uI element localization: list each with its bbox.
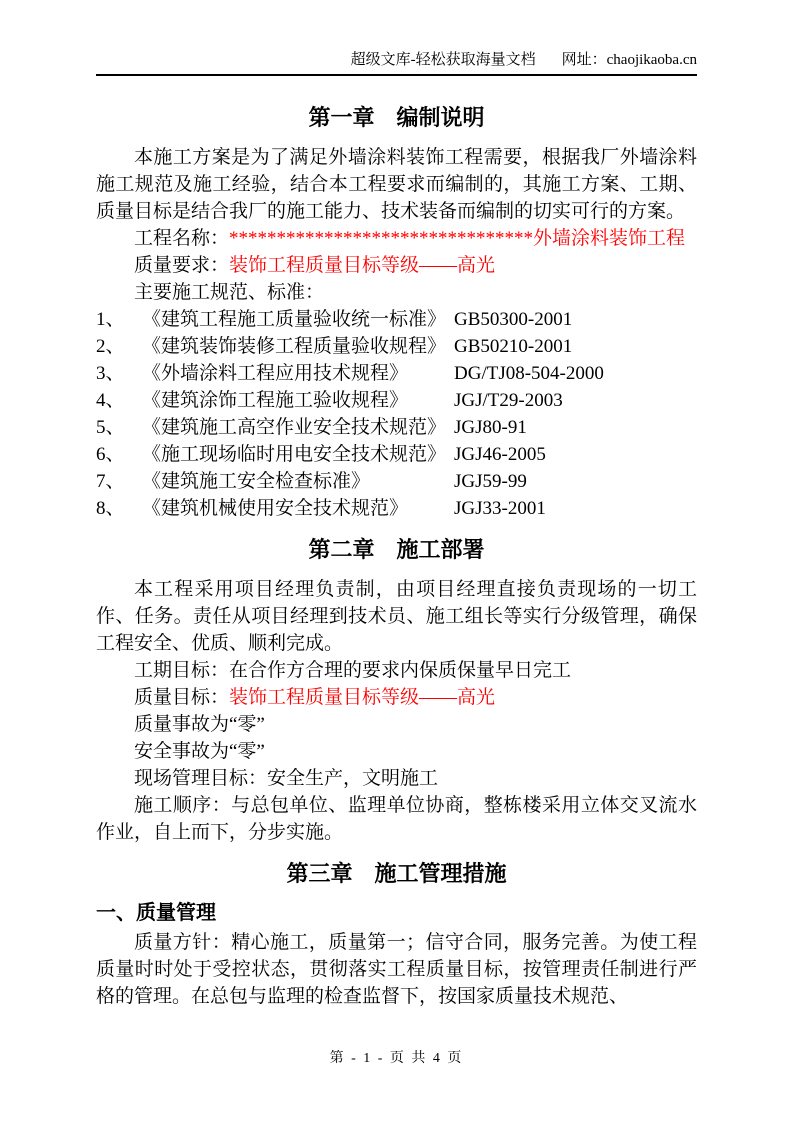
standard-code: JGJ80-91 — [454, 414, 697, 441]
standard-code: GB50210-2001 — [454, 333, 697, 360]
quality-requirement-label: 质量要求： — [134, 255, 229, 276]
quality-requirement-value: 装饰工程质量目标等级——高光 — [229, 255, 495, 276]
standard-number: 8、 — [96, 495, 142, 522]
standard-number: 7、 — [96, 468, 142, 495]
project-name-label: 工程名称： — [134, 228, 229, 249]
quality-goal-value: 装饰工程质量目标等级——高光 — [229, 687, 495, 708]
standard-number: 6、 — [96, 441, 142, 468]
quality-requirement-line: 质量要求：装饰工程质量目标等级——高光 — [96, 252, 697, 279]
header-url: chaojikaoba.cn — [607, 52, 697, 68]
standard-row: 2、 《建筑装饰装修工程质量验收规程》 GB50210-2001 — [96, 333, 697, 360]
page-header: 超级文库-轻松获取海量文档网址：chaojikaoba.cn — [96, 0, 697, 76]
chapter2-intro-paragraph: 本工程采用项目经理负责制，由项目经理直接负责现场的一切工作、任务。责任从项目经理… — [96, 576, 697, 657]
standard-title: 《建筑装饰装修工程质量验收规程》 — [142, 333, 454, 360]
standard-row: 1、 《建筑工程施工质量验收统一标准》 GB50300-2001 — [96, 306, 697, 333]
standards-heading: 主要施工规范、标准： — [96, 279, 697, 306]
chapter1-intro-paragraph: 本施工方案是为了满足外墙涂料装饰工程需要，根据我厂外墙涂料施工规范及施工经验，结… — [96, 144, 697, 225]
standard-number: 2、 — [96, 333, 142, 360]
standard-code: JGJ46-2005 — [454, 441, 697, 468]
quality-policy-paragraph: 质量方针：精心施工，质量第一；信守合同，服务完善。为使工程质量时时处于受控状态，… — [96, 929, 697, 1010]
standard-number: 1、 — [96, 306, 142, 333]
page-number-text: 第 - 1 - 页 共 4 页 — [330, 1051, 464, 1066]
standard-row: 5、 《建筑施工高空作业安全技术规范》 JGJ80-91 — [96, 414, 697, 441]
duration-goal-label: 工期目标： — [134, 660, 229, 681]
duration-goal-line: 工期目标：在合作方合理的要求内保质保量早日完工 — [96, 657, 697, 684]
header-site-text: 超级文库-轻松获取海量文档 — [351, 52, 536, 68]
standard-number: 5、 — [96, 414, 142, 441]
standard-title: 《建筑工程施工质量验收统一标准》 — [142, 306, 454, 333]
standard-title: 《建筑机械使用安全技术规范》 — [142, 495, 454, 522]
standard-code: GB50300-2001 — [454, 306, 697, 333]
standard-code: JGJ33-2001 — [454, 495, 697, 522]
standard-row: 4、 《建筑涂饰工程施工验收规程》 JGJ/T29-2003 — [96, 387, 697, 414]
standard-row: 3、 《外墙涂料工程应用技术规程》 DG/TJ08-504-2000 — [96, 360, 697, 387]
quality-goal-label: 质量目标： — [134, 687, 229, 708]
project-name-line: 工程名称：********************************外墙涂… — [96, 225, 697, 252]
standard-row: 6、 《施工现场临时用电安全技术规范》 JGJ46-2005 — [96, 441, 697, 468]
standard-code: JGJ59-99 — [454, 468, 697, 495]
standards-list: 1、 《建筑工程施工质量验收统一标准》 GB50300-2001 2、 《建筑装… — [96, 306, 697, 522]
chapter1-title: 第一章 编制说明 — [96, 104, 697, 132]
standard-row: 7、 《建筑施工安全检查标准》 JGJ59-99 — [96, 468, 697, 495]
standard-number: 3、 — [96, 360, 142, 387]
header-url-label: 网址： — [562, 52, 607, 68]
standard-code: JGJ/T29-2003 — [454, 387, 697, 414]
construction-sequence-paragraph: 施工顺序：与总包单位、监理单位协商，整栋楼采用立体交叉流水作业，自上而下，分步实… — [96, 792, 697, 846]
chapter3-title: 第三章 施工管理措施 — [96, 860, 697, 888]
section-heading-quality-management: 一、质量管理 — [96, 900, 697, 927]
document-page: 超级文库-轻松获取海量文档网址：chaojikaoba.cn 第一章 编制说明 … — [0, 0, 793, 1122]
standard-title: 《建筑施工安全检查标准》 — [142, 468, 454, 495]
page-footer: 第 - 1 - 页 共 4 页 — [0, 1050, 793, 1068]
standard-code: DG/TJ08-504-2000 — [454, 360, 697, 387]
standard-row: 8、 《建筑机械使用安全技术规范》 JGJ33-2001 — [96, 495, 697, 522]
quality-goal-line: 质量目标：装饰工程质量目标等级——高光 — [96, 684, 697, 711]
safety-accident-line: 安全事故为“零” — [96, 738, 697, 765]
duration-goal-value: 在合作方合理的要求内保质保量早日完工 — [229, 660, 571, 681]
site-management-goal-line: 现场管理目标：安全生产，文明施工 — [96, 765, 697, 792]
project-name-value: ********************************外墙涂料装饰工程 — [229, 228, 685, 249]
standard-title: 《施工现场临时用电安全技术规范》 — [142, 441, 454, 468]
standard-title: 《外墙涂料工程应用技术规程》 — [142, 360, 454, 387]
standard-number: 4、 — [96, 387, 142, 414]
standard-title: 《建筑涂饰工程施工验收规程》 — [142, 387, 454, 414]
quality-accident-line: 质量事故为“零” — [96, 711, 697, 738]
standard-title: 《建筑施工高空作业安全技术规范》 — [142, 414, 454, 441]
chapter2-title: 第二章 施工部署 — [96, 536, 697, 564]
